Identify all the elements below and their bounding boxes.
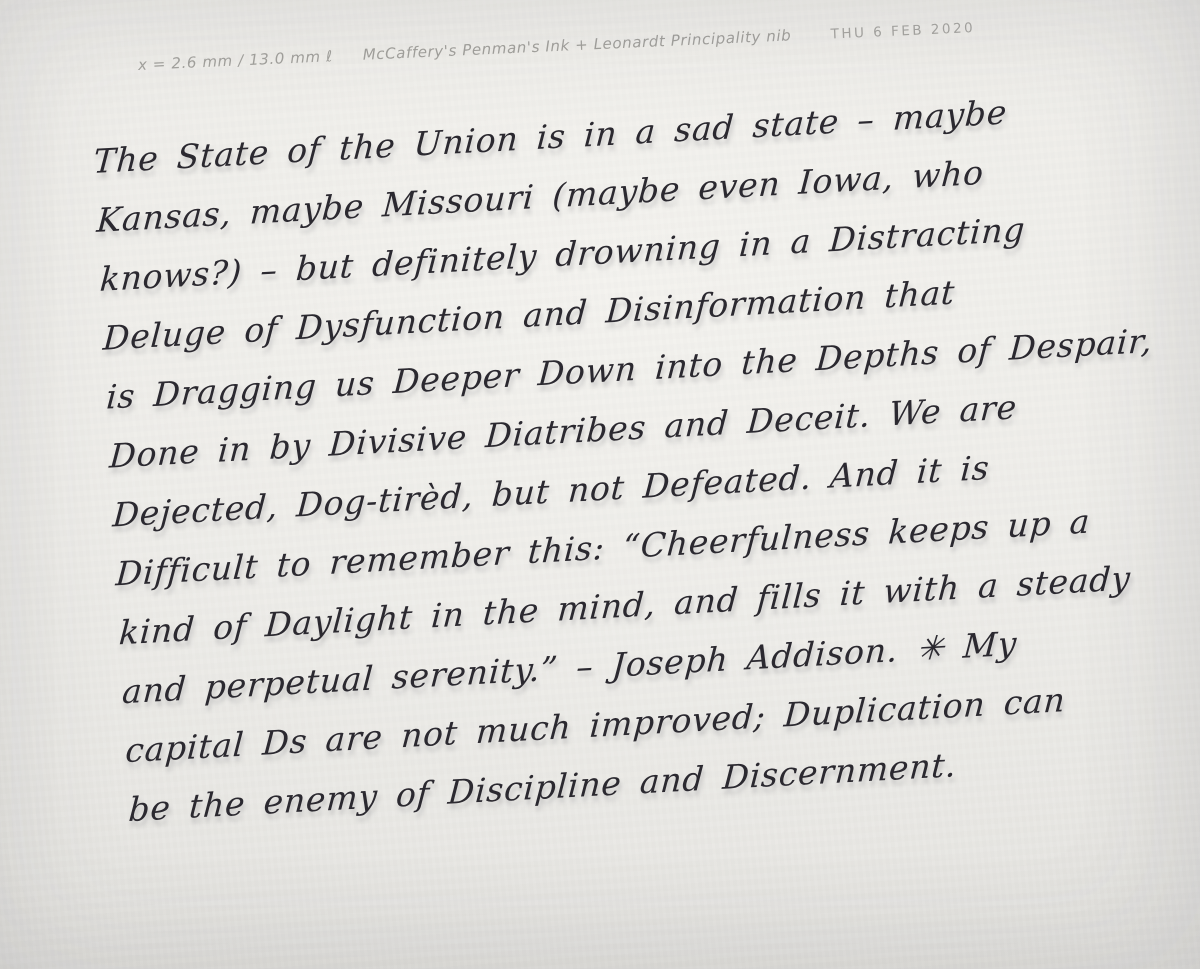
annotation-ink-and-nib: McCaffery's Penman's Ink + Leonardt Prin… [362, 26, 791, 63]
pencil-annotation: x = 2.6 mm / 13.0 mm ℓ McCaffery's Penma… [138, 18, 976, 74]
annotation-date: THU 6 FEB 2020 [830, 20, 975, 43]
calligraphy-text-block: The State of the Union is in a sad state… [92, 75, 1189, 839]
calligraphy-practice-sheet-photo: x = 2.6 mm / 13.0 mm ℓ McCaffery's Penma… [0, 0, 1200, 969]
annotation-nib-size-specs: x = 2.6 mm / 13.0 mm ℓ [138, 47, 334, 74]
